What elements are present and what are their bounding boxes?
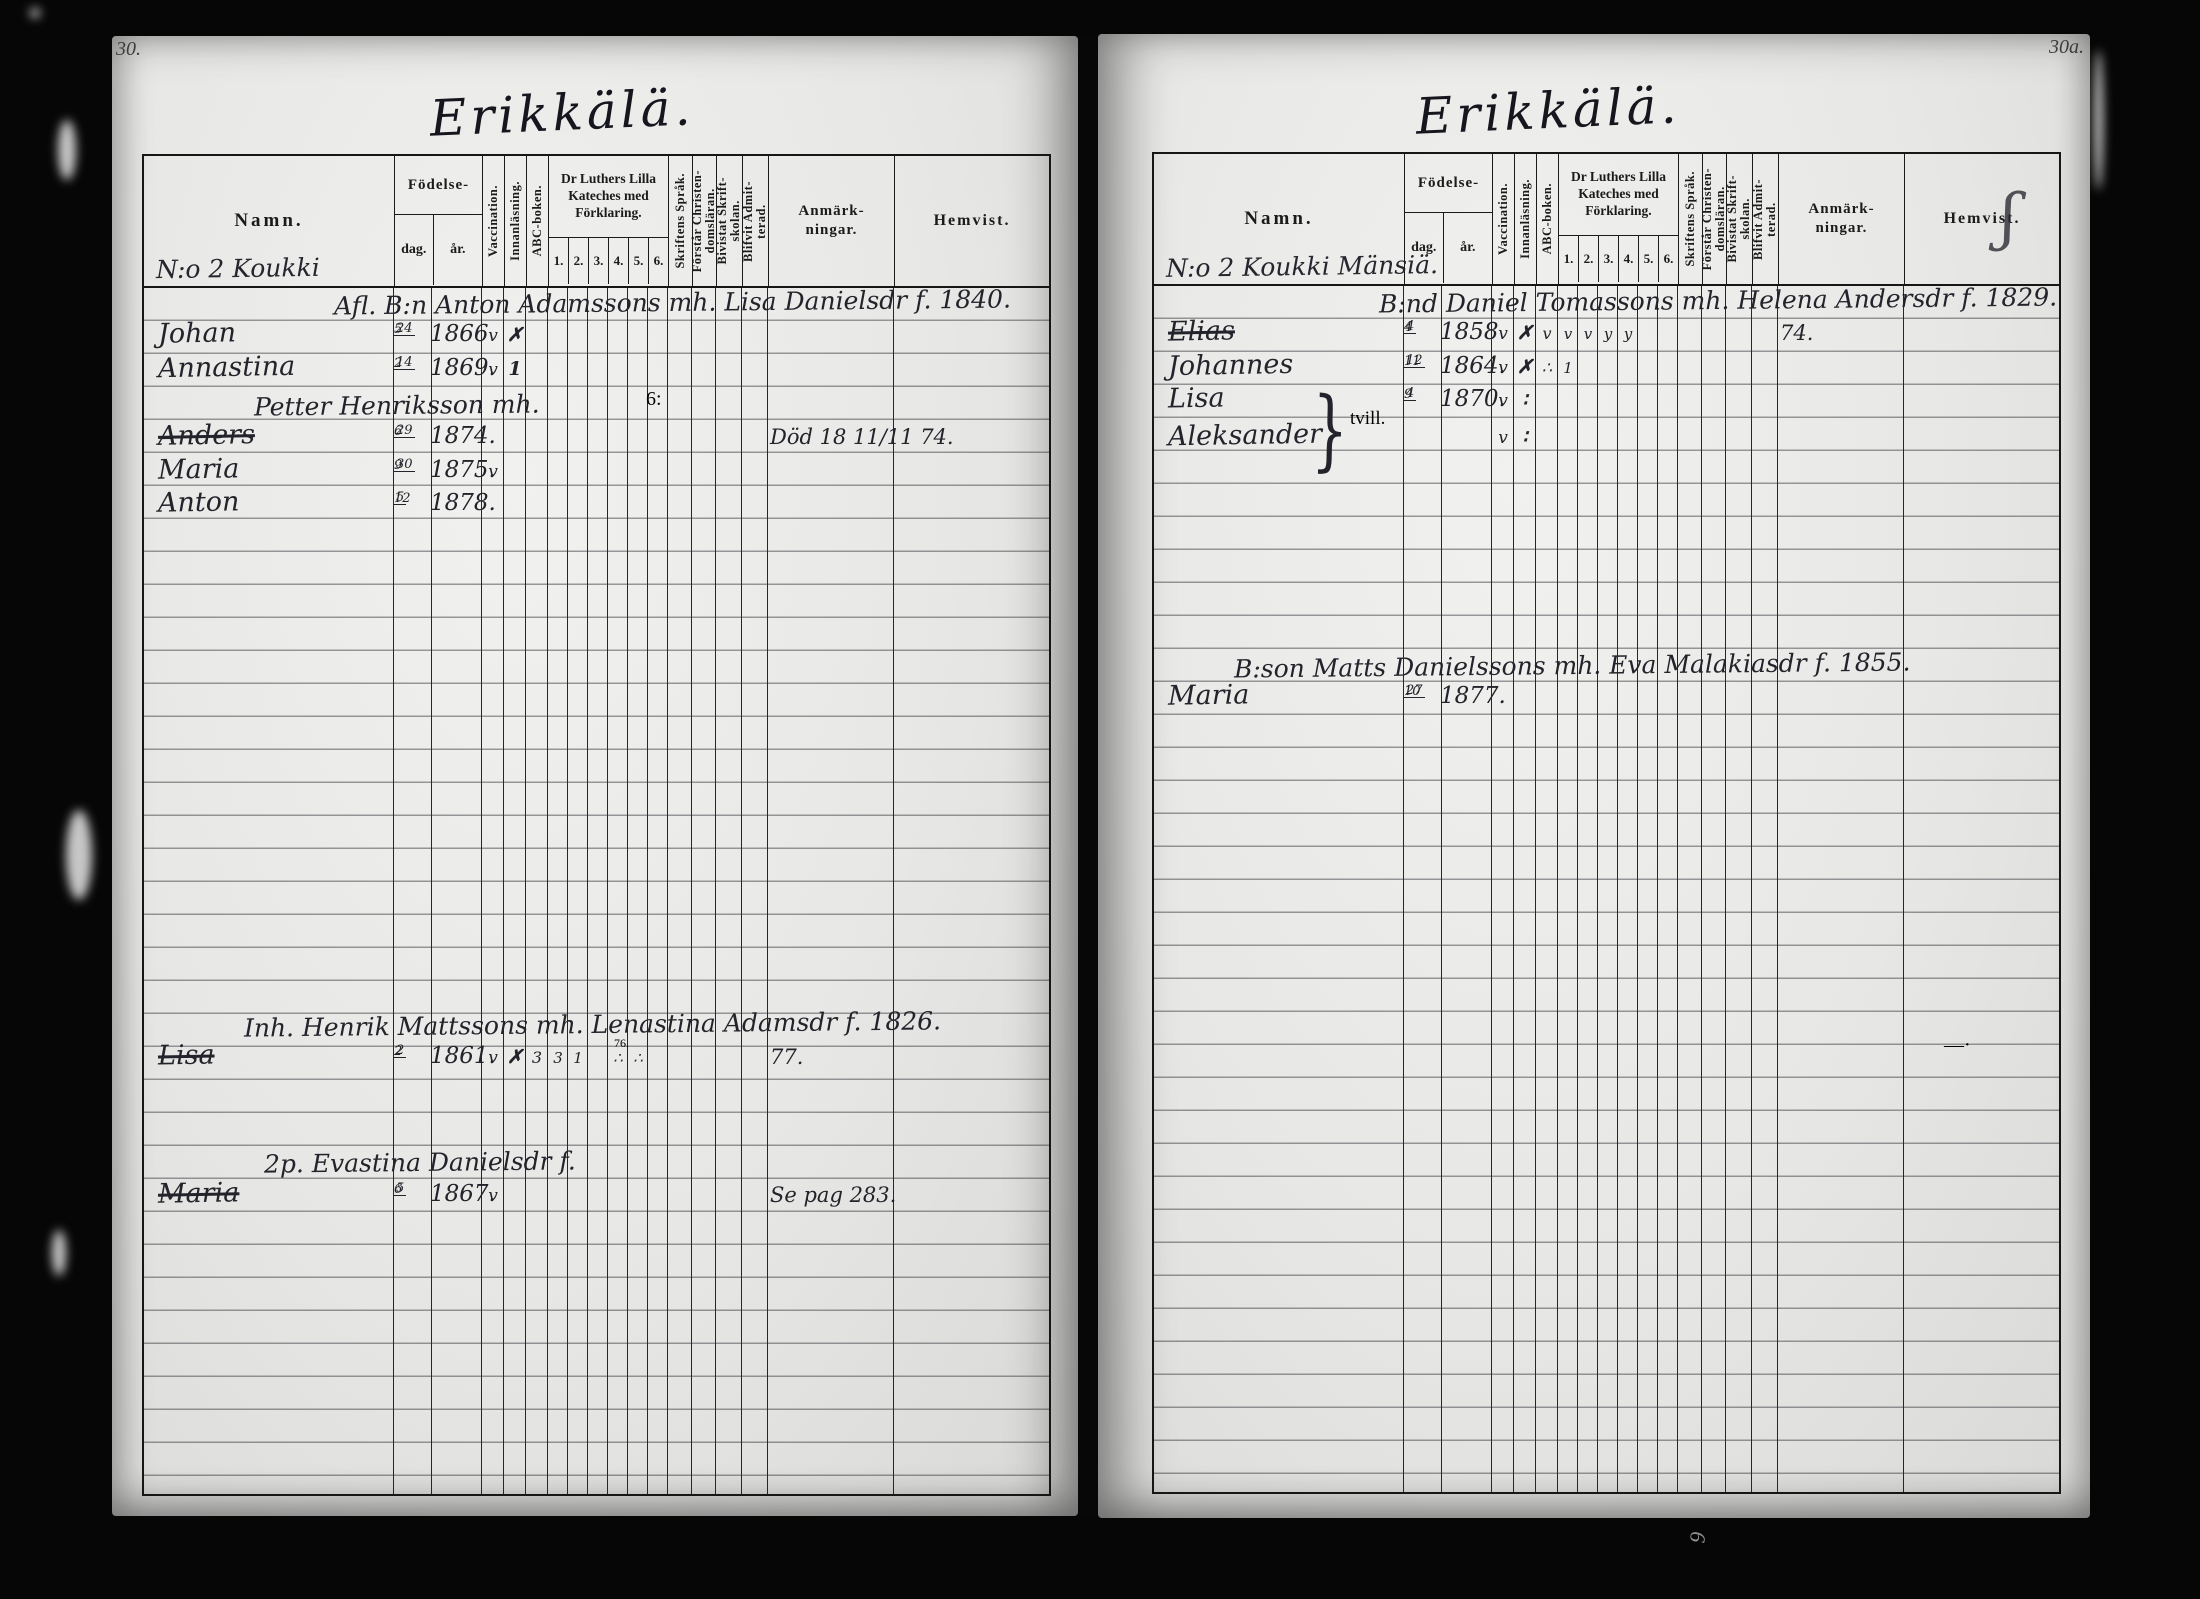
- table-header: Namn. Födelse- dag. år. Vaccination. Inn…: [1154, 154, 2059, 286]
- abc-mark: 3: [526, 1048, 548, 1067]
- birth-year: 1861.: [430, 1043, 484, 1069]
- birth-year: 1864.: [1440, 353, 1494, 379]
- katekes-subcolumns: 1.2.3.4.5.6.: [1559, 235, 1678, 282]
- column-header-bivistat-skriftskolan: Bivistat Skrift- skolan.: [1726, 154, 1752, 284]
- remark-note: 74.: [1780, 321, 1990, 345]
- column-header-katekes: Dr Luthers Lilla Kateches med Förklaring…: [548, 156, 668, 286]
- person-name: Anton: [158, 486, 240, 518]
- vaccination-mark: v: [482, 360, 504, 380]
- birth-year: 1866: [430, 321, 484, 347]
- page-title: Erikkälä.: [351, 75, 773, 151]
- table-body: B:nd Daniel Tomassons mh. Helena Andersd…: [1154, 286, 2059, 1492]
- column-header-skriftens-sprak: Skriftens Språk.: [1678, 154, 1702, 284]
- innanlasning-mark: ✗: [504, 1046, 526, 1068]
- pen-flourish-mark: ʃ: [2000, 180, 2017, 253]
- film-band-bottom: [0, 1516, 2200, 1599]
- table-header: Namn. Födelse- dag. år. Vaccination. Inn…: [144, 156, 1049, 288]
- innanlasning-mark: ✗: [504, 324, 526, 346]
- column-header-anmarkningar: Anmärk- ningar.: [1778, 154, 1904, 284]
- katekes-mark: 1: [568, 1049, 588, 1067]
- table-body: Afl. B:n Anton Adamssons mh. Lisa Daniel…: [144, 288, 1049, 1494]
- column-header-katekes: Dr Luthers Lilla Kateches med Förklaring…: [1558, 154, 1678, 284]
- family-header: Petter Henriksson mh.: [254, 390, 540, 422]
- table-row: Aleksander v ∶: [1154, 426, 2059, 460]
- remark-note: Se pag 283.: [770, 1183, 980, 1207]
- innanlasning-mark: ∶: [1514, 426, 1536, 448]
- birth-year: 1874.: [430, 423, 484, 449]
- village-label: N:o 2 Koukki: [156, 253, 320, 284]
- column-header-blifvit-admitterad: Blifvit Admit- terad.: [1752, 154, 1778, 284]
- innanlasning-mark: ∶: [1514, 389, 1536, 411]
- birth-year: 1877.: [1440, 683, 1494, 709]
- stray-mark: —·: [1944, 1034, 1971, 1057]
- birth-year: 1867.: [430, 1181, 484, 1207]
- person-name-struck: Lisa: [158, 1040, 215, 1072]
- column-header-hemvist: Hemvist.: [894, 156, 1049, 286]
- table-row: Lisa 22 1861. v ✗ 3 3 1 ∴ ∴ 77.: [144, 1046, 1049, 1080]
- table-row: Anders 296 1874. Död 18 11/11 74.: [144, 426, 1049, 460]
- person-name: Johannes: [1168, 349, 1294, 382]
- column-header-dag: dag.: [395, 215, 433, 285]
- family-header: 2p. Evastina Danielsdr f.: [264, 1146, 576, 1178]
- person-name: Lisa: [1168, 383, 1225, 415]
- birth-year: 1875.: [430, 457, 484, 483]
- column-header-skriftens-sprak: Skriftens Språk.: [668, 156, 692, 286]
- page-title: Erikkälä.: [1337, 73, 1759, 149]
- column-rules: [1154, 286, 2059, 1492]
- person-name-struck: Elias: [1168, 315, 1235, 347]
- birth-year: 1870.: [1440, 386, 1494, 412]
- column-header-vaccination: Vaccination.: [482, 156, 504, 286]
- film-scratch: [66, 810, 92, 900]
- handwritten-mark: 6:: [646, 388, 662, 411]
- katekes-mark: ∴: [608, 1049, 628, 1067]
- film-band-right: [2090, 0, 2200, 1599]
- innanlasning-mark: ✗: [1514, 356, 1536, 378]
- katekes-mark: v: [1558, 325, 1578, 343]
- table-row: Lisa 49 1870. v ∶: [1154, 389, 2059, 423]
- column-header-ar: år.: [1443, 213, 1492, 283]
- film-scratch: [30, 8, 40, 18]
- abc-mark: v: [1536, 324, 1558, 343]
- person-name-struck: Anders: [158, 419, 255, 452]
- katekes-mark: y: [1598, 325, 1618, 343]
- person-name: Johan: [158, 317, 236, 349]
- column-header-hemvist: Hemvist.: [1904, 154, 2059, 284]
- column-header-forstar-christendomslaran: Förstår Christen- domsläran.: [1702, 154, 1726, 284]
- dust-speckles: [0, 0, 2, 2]
- vaccination-mark: v: [1492, 391, 1514, 411]
- birth-year: 1858: [1440, 319, 1494, 345]
- vaccination-mark: v: [482, 462, 504, 482]
- ledger-page-right: 30a. Erikkälä. Namn. Födelse- dag. år. V…: [1098, 34, 2090, 1518]
- column-header-innanlasning: Innanläsning.: [504, 156, 526, 286]
- person-name-struck: Maria: [158, 1177, 240, 1209]
- person-name: Maria: [158, 453, 240, 485]
- ledger-page-left: 30. Erikkälä. Namn. Födelse- dag. år. Va…: [112, 36, 1078, 1516]
- katekes-mark: ∴: [628, 1049, 648, 1067]
- column-header-fodelse: Födelse- dag. år.: [394, 156, 482, 286]
- column-header-blifvit-admitterad: Blifvit Admit- terad.: [742, 156, 768, 286]
- page-number: 30.: [116, 38, 141, 61]
- innanlasning-mark: ✗: [1514, 322, 1536, 344]
- column-header-abc-boken: ABC-boken.: [1536, 154, 1558, 284]
- table-row: Maria 309 1875. v: [144, 460, 1049, 494]
- page-number: 30a.: [2049, 36, 2084, 59]
- vaccination-mark: v: [1492, 358, 1514, 378]
- vaccination-mark: v: [482, 326, 504, 346]
- village-label: N:o 2 Koukki Mänsiä.: [1166, 250, 1438, 283]
- column-header-ar: år.: [433, 215, 482, 285]
- birth-year: 1869.: [430, 355, 484, 381]
- film-scratch: [58, 120, 76, 180]
- person-name: Maria: [1168, 679, 1250, 711]
- vaccination-mark: v: [1492, 428, 1514, 448]
- record-table: Namn. Födelse- dag. år. Vaccination. Inn…: [1152, 152, 2061, 1494]
- table-row: Maria 56 1867. v Se pag 283.: [144, 1184, 1049, 1218]
- column-header-innanlasning: Innanläsning.: [1514, 154, 1536, 284]
- birth-year: 1878.: [430, 490, 484, 516]
- vaccination-mark: v: [482, 1048, 504, 1068]
- record-table: Namn. Födelse- dag. år. Vaccination. Inn…: [142, 154, 1051, 1496]
- column-header-anmarkningar: Anmärk- ningar.: [768, 156, 894, 286]
- remark-note: 77.: [770, 1045, 980, 1069]
- table-row: Annastina 142 1869. v 1: [144, 358, 1049, 392]
- column-header-abc-boken: ABC-boken.: [526, 156, 548, 286]
- katekes-mark: y: [1618, 325, 1638, 343]
- film-scratch: [52, 1230, 66, 1276]
- film-band-left: [0, 0, 112, 1599]
- innanlasning-mark: 1: [504, 358, 526, 380]
- remark-note: Död 18 11/11 74.: [770, 425, 980, 449]
- vaccination-mark: v: [1492, 324, 1514, 344]
- katekes-subcolumns: 1.2.3.4.5.6.: [549, 237, 668, 284]
- katekes-mark: 3: [548, 1049, 568, 1067]
- film-frame-number: 6: [1684, 1530, 1711, 1543]
- katekes-mark: v: [1578, 325, 1598, 343]
- column-header-forstar-christendomslaran: Förstår Christen- domsläran.: [692, 156, 716, 286]
- film-band-top: [0, 0, 2200, 36]
- vaccination-mark: v: [482, 1186, 504, 1206]
- table-row: Anton 512 1878.: [144, 493, 1049, 527]
- film-scratch: [2094, 50, 2103, 190]
- katekes-mark: 1: [1558, 359, 1578, 377]
- column-header-bivistat-skriftskolan: Bivistat Skrift- skolan.: [716, 156, 742, 286]
- abc-mark: ∴: [1536, 358, 1558, 377]
- person-name: Aleksander: [1168, 419, 1323, 453]
- table-row: Johannes 1211 1864. v ✗ ∴ 1: [1154, 356, 2059, 390]
- person-name: Annastina: [158, 351, 296, 384]
- column-header-vaccination: Vaccination.: [1492, 154, 1514, 284]
- table-row: Maria 2710 1877.: [1154, 686, 2059, 720]
- microfilm-scan: 6 30. Erikkälä. Namn. Födelse- dag. år. …: [0, 0, 2200, 1599]
